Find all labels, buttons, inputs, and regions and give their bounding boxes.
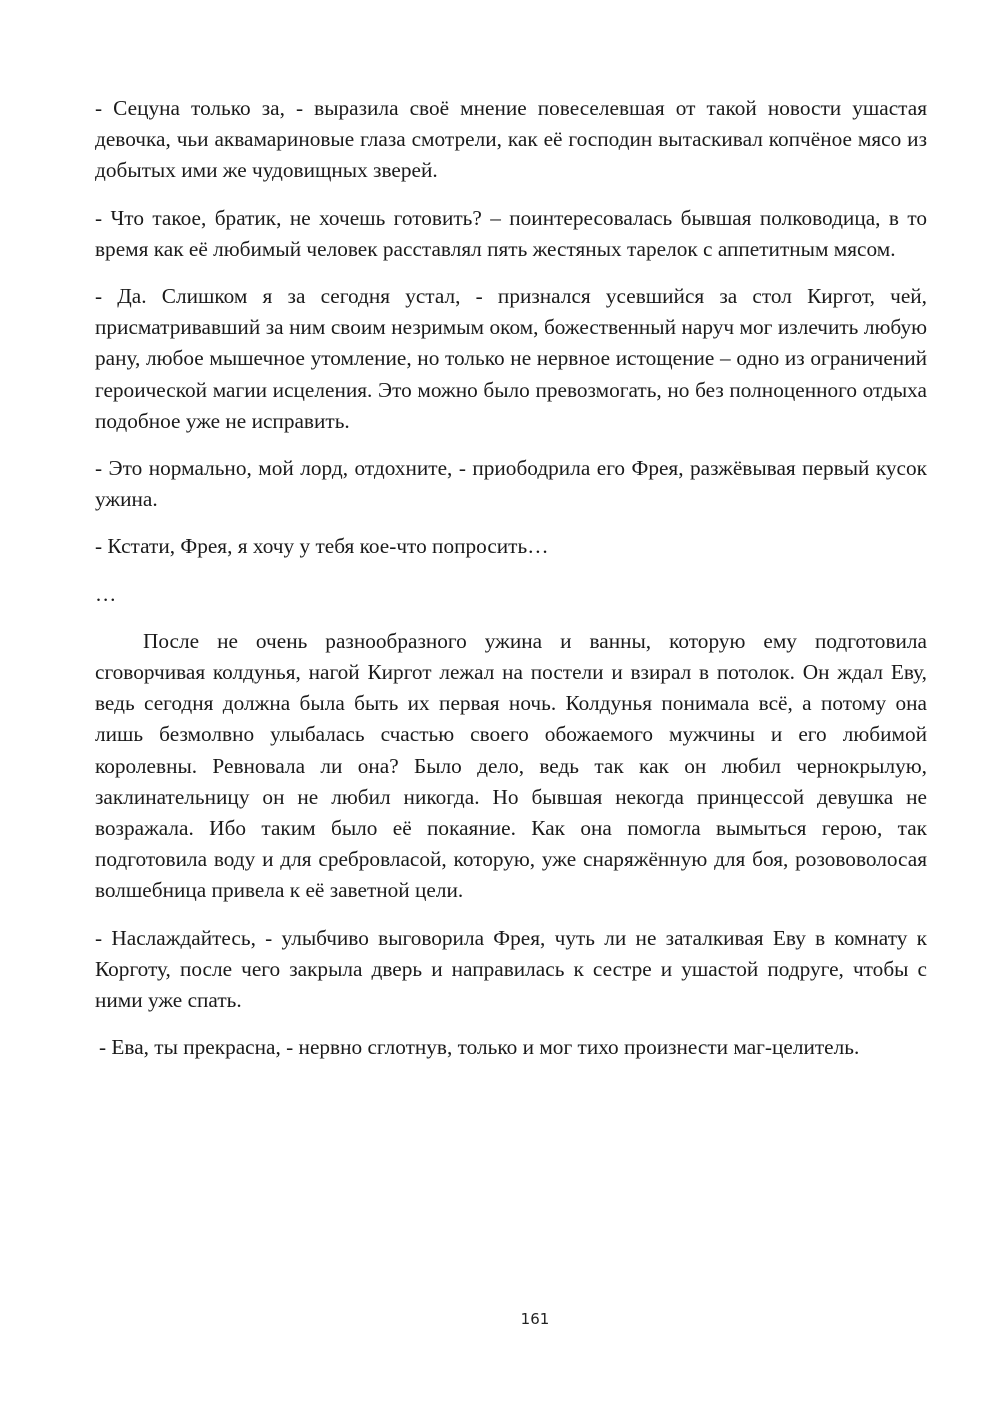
paragraph-7: После не очень разнообразного ужина и ва… xyxy=(95,626,927,907)
paragraph-9: - Ева, ты прекрасна, - нервно сглотнув, … xyxy=(95,1032,927,1063)
page-number: 161 xyxy=(0,1310,1000,1328)
document-page: - Сецуна только за, - выразила своё мнен… xyxy=(95,93,927,1079)
paragraph-5: - Кстати, Фрея, я хочу у тебя кое-что по… xyxy=(95,531,927,562)
paragraph-2: - Что такое, братик, не хочешь готовить?… xyxy=(95,203,927,265)
paragraph-4: - Это нормально, мой лорд, отдохните, - … xyxy=(95,453,927,515)
paragraph-1: - Сецуна только за, - выразила своё мнен… xyxy=(95,93,927,187)
paragraph-3: - Да. Слишком я за сегодня устал, - приз… xyxy=(95,281,927,437)
paragraph-8: - Наслаждайтесь, - улыбчиво выговорила Ф… xyxy=(95,923,927,1017)
scene-break-ellipsis: … xyxy=(95,579,927,610)
